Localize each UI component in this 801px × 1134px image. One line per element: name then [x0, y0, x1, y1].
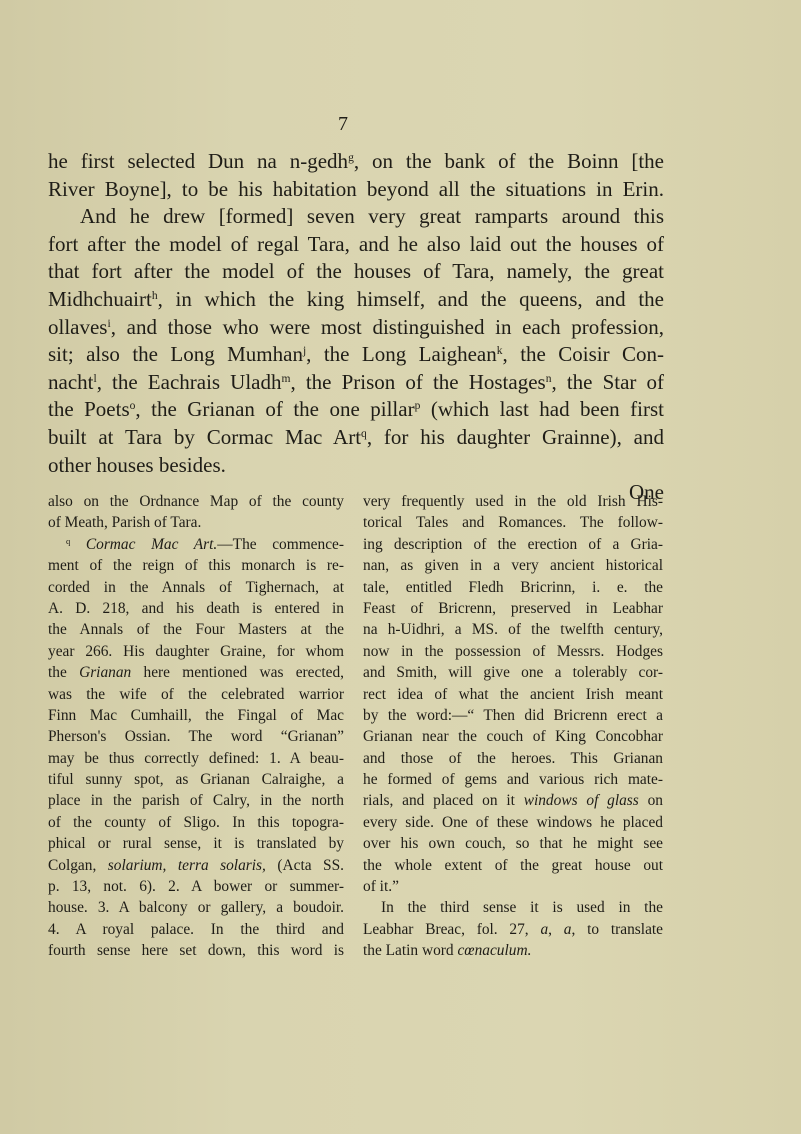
footnote-line: the Grianan here mentioned was erected,: [48, 662, 344, 683]
main-paragraph: he first selected Dun na n-gedhg, on the…: [48, 148, 664, 507]
footnote-line: ment of the reign of this monarch is re-: [48, 555, 344, 576]
footnote-line: now in the possession of Messrs. Hodges: [363, 641, 663, 662]
footnote-line: rials, and placed on it windows of glass…: [363, 790, 663, 811]
footnote-ref[interactable]: m: [282, 373, 291, 385]
footnote-line: ing description of the erection of a Gri…: [363, 534, 663, 555]
footnote-line: of the county of Sligo. In this topogra-: [48, 812, 344, 833]
text-line: Midhchuairth, in which the king himself,…: [48, 286, 664, 314]
footnote-line: Finn Mac Cumhaill, the Fingal of Mac: [48, 705, 344, 726]
footnote-line: the whole extent of the great house out: [363, 855, 663, 876]
footnote-line: tiful sunny spot, as Grianan Calraighe, …: [48, 769, 344, 790]
footnote-line: A. D. 218, and his death is entered in: [48, 598, 344, 619]
footnote-line: every side. One of these windows he plac…: [363, 812, 663, 833]
footnote-line: over his own couch, so that he might see: [363, 833, 663, 854]
footnote-line: may be thus correctly defined: 1. A beau…: [48, 748, 344, 769]
footnote-line: nan, as given in a very ancient historic…: [363, 555, 663, 576]
footnote-line: tale, entitled Fledh Bricrinn, i. e. the: [363, 577, 663, 598]
text-line: River Boyne], to be his habitation beyon…: [48, 176, 664, 204]
text-line: he first selected Dun na n-gedhg, on the…: [48, 148, 664, 176]
footnote-q-heading: q Cormac Mac Art.—The commence-: [48, 534, 344, 555]
footnote-line: place in the parish of Calry, in the nor…: [48, 790, 344, 811]
footnote-line: fourth sense here set down, this word is: [48, 940, 344, 961]
footnote-line: Colgan, solarium, terra solaris, (Acta S…: [48, 855, 344, 876]
footnote-line: house. 3. A balcony or gallery, a boudoi…: [48, 897, 344, 918]
footnote-line: Feast of Bricrenn, preserved in Leabhar: [363, 598, 663, 619]
footnote-line: by the word:—“ Then did Bricrenn erect a: [363, 705, 663, 726]
text-line: built at Tara by Cormac Mac Artq, for hi…: [48, 424, 664, 452]
footnote-line: na h-Uidhri, a MS. of the twelfth centur…: [363, 619, 663, 640]
footnote-line: and those of the heroes. This Grianan: [363, 748, 663, 769]
footnote-line: the Latin word cœnaculum.: [363, 940, 663, 961]
footnote-line: the Annals of the Four Masters at the: [48, 619, 344, 640]
text-line: that fort after the model of the houses …: [48, 258, 664, 286]
text-line: ollavesi, and those who were most distin…: [48, 314, 664, 342]
footnote-line: and Smith, will give one a tolerably cor…: [363, 662, 663, 683]
footnotes: also on the Ordnance Map of the county o…: [48, 491, 664, 971]
page-number: 7: [338, 112, 348, 136]
text-line: the Poetso, the Grianan of the one pilla…: [48, 396, 664, 424]
footnote-line: year 266. His daughter Graine, for whom: [48, 641, 344, 662]
text-line: nachtl, the Eachrais Uladhm, the Prison …: [48, 369, 664, 397]
footnote-line: phical or rural sense, it is translated …: [48, 833, 344, 854]
footnote-line: torical Tales and Romances. The follow-: [363, 512, 663, 533]
footnote-line: corded in the Annals of Tighernach, at: [48, 577, 344, 598]
footnote-line: also on the Ordnance Map of the county: [48, 491, 344, 512]
footnote-line: rect idea of what the ancient Irish mean…: [363, 684, 663, 705]
footnote-column-right: very frequently used in the old Irish Hi…: [363, 491, 663, 962]
footnote-line: In the third sense it is used in the: [363, 897, 663, 918]
footnote-line: Leabhar Breac, fol. 27, a, a, to transla…: [363, 919, 663, 940]
footnote-line: he formed of gems and various rich mate-: [363, 769, 663, 790]
footnote-line: Pherson's Ossian. The word “Grianan”: [48, 726, 344, 747]
text-line: And he drew [formed] seven very great ra…: [48, 203, 664, 231]
text-line: other houses besides.: [48, 452, 664, 480]
footnote-line: of it.”: [363, 876, 663, 897]
footnote-line: p. 13, not. 6). 2. A bower or summer-: [48, 876, 344, 897]
footnote-line: Grianan near the couch of King Concobhar: [363, 726, 663, 747]
footnote-column-left: also on the Ordnance Map of the county o…: [48, 491, 344, 962]
footnote-line: 4. A royal palace. In the third and: [48, 919, 344, 940]
text-line: sit; also the Long Mumhanj, the Long Lai…: [48, 341, 664, 369]
text-line: fort after the model of regal Tara, and …: [48, 231, 664, 259]
footnote-line: was the wife of the celebrated warrior: [48, 684, 344, 705]
footnote-line: very frequently used in the old Irish Hi…: [363, 491, 663, 512]
footnote-line: of Meath, Parish of Tara.: [48, 512, 344, 533]
